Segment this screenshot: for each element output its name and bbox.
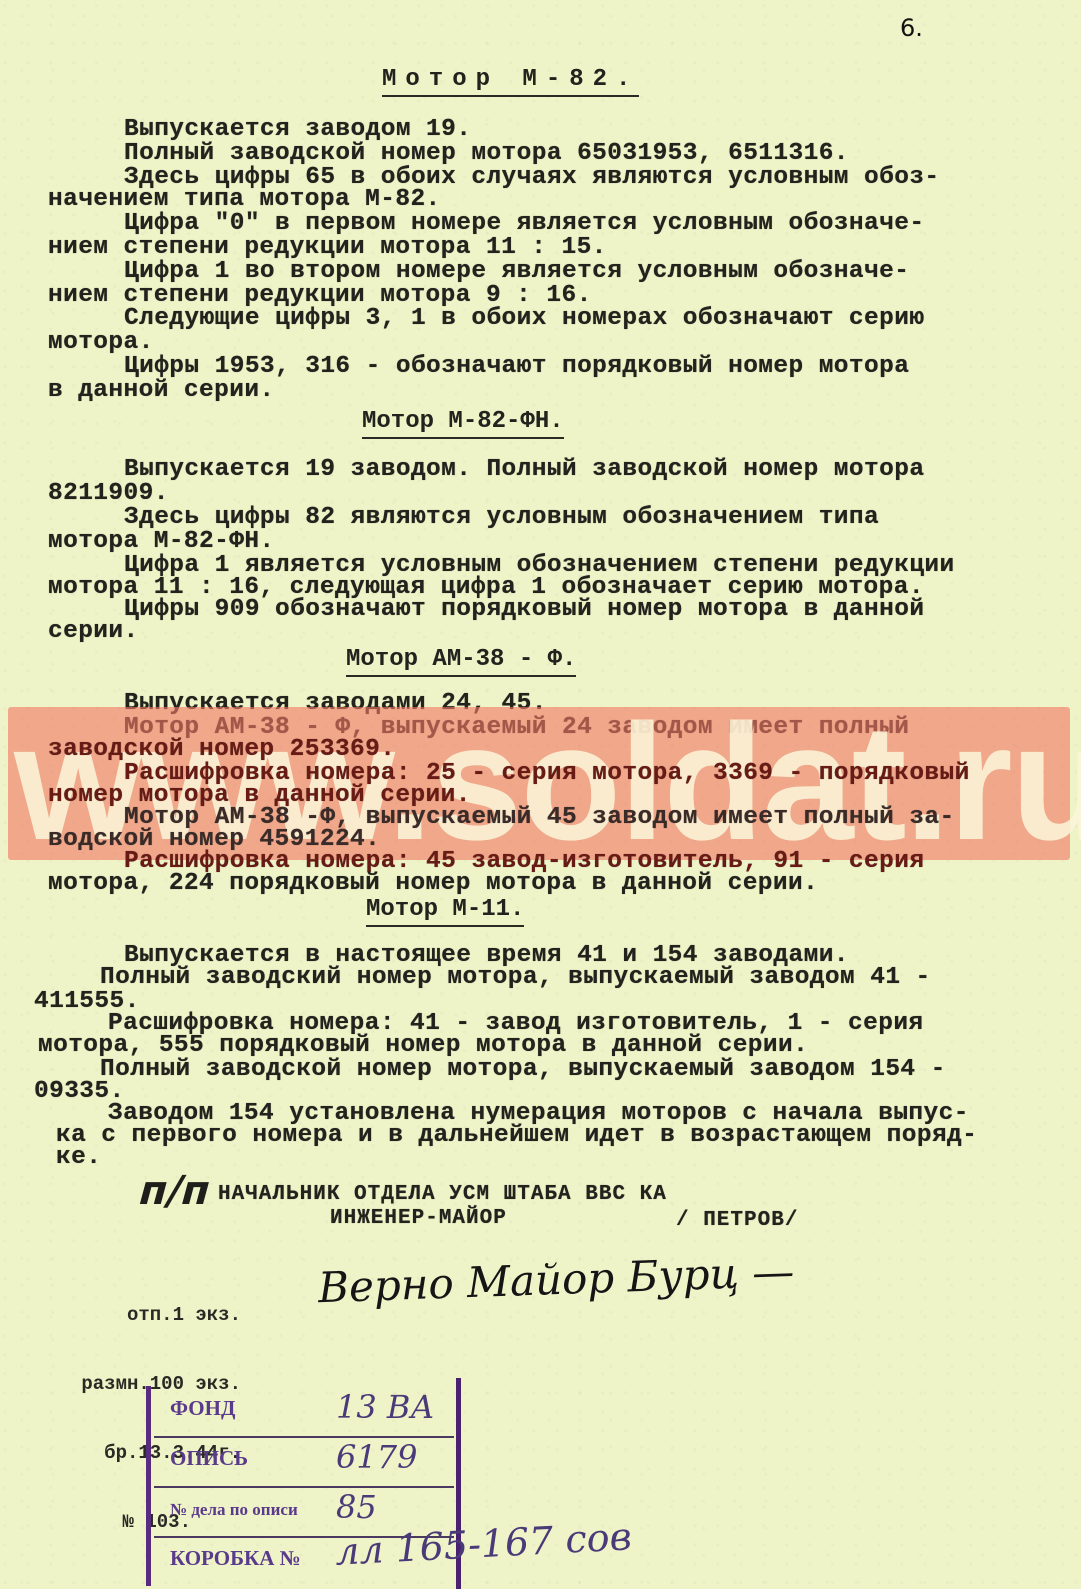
text-line: Цифра "0" в первом номере является услов… [124, 212, 924, 237]
signatory-name: / ПЕТРОВ/ [676, 1210, 798, 1231]
text-line: в данной серии. [48, 379, 275, 404]
text-line: начением типа мотора М-82. [48, 188, 441, 213]
stamp-label: № дела по описи [170, 1500, 298, 1520]
text-line: ке. [56, 1146, 101, 1171]
section-m11-heading: Мотор М-11. [366, 896, 524, 927]
text-line: Полный заводский номер мотора, выпускаем… [100, 966, 931, 991]
stamp-value: 13 ВА [336, 1388, 435, 1426]
stamp-label: ОПИСЬ [170, 1446, 248, 1471]
text-line: мотора. [48, 331, 154, 356]
distribution-line: отп.1 экз. [36, 1304, 241, 1327]
stamp-label: КОРОБКА № [170, 1546, 301, 1571]
text-line: нием степени редукции мотора 11 : 15. [48, 236, 607, 261]
section-m82-heading: Мотор М-82. [382, 66, 639, 97]
text-line: Выпускается 19 заводом. Полный заводской… [124, 458, 924, 483]
text-line: Полный заводской номер мотора 65031953, … [124, 142, 849, 167]
text-line: серии. [48, 620, 139, 645]
section-m82fn-heading: Мотор М-82-ФН. [362, 408, 564, 439]
text-line: мотора, 224 порядковый номер мотора в да… [48, 872, 818, 897]
text-line: Следующие цифры 3, 1 в обоих номерах обо… [124, 307, 924, 332]
text-line: Цифры 1953, 316 - обозначают порядковый … [124, 355, 909, 380]
text-line: 8211909. [48, 482, 169, 507]
stamp-row-fond: ФОНД 13 ВА [154, 1388, 454, 1438]
text-line: мотора, 555 порядковый номер мотора в да… [38, 1034, 808, 1059]
text-line: Выпускается заводами 24, 45. [124, 692, 547, 717]
stamp-border-left [146, 1386, 151, 1586]
stamp-label: ФОНД [170, 1396, 235, 1421]
text-line: ка с первого номера и в дальнейшем идет … [56, 1124, 977, 1149]
text-line: Здесь цифры 82 являются условным обознач… [124, 506, 879, 531]
certification-handwriting: Верно Майор Бурц — [317, 1247, 795, 1313]
stamp-value: 85 [336, 1488, 377, 1526]
stamp-row-opis: ОПИСЬ 6179 [154, 1438, 454, 1488]
signatory-rank: ИНЖЕНЕР-МАЙОР [330, 1208, 507, 1229]
text-line: Выпускается заводом 19. [124, 118, 471, 143]
text-line: Цифра 1 во втором номере является условн… [124, 260, 909, 285]
text-line: Цифры 909 обозначают порядковый номер мо… [124, 598, 924, 623]
page-number: 6. [900, 14, 923, 42]
section-am38f-heading: Мотор АМ-38 - Ф. [346, 646, 576, 677]
text-line: Полный заводской номер мотора, выпускаем… [100, 1058, 946, 1083]
text-line: мотора М-82-ФН. [48, 530, 275, 555]
stamp-value: 6179 [336, 1438, 417, 1476]
text-line: заводской номер 253369. [48, 738, 395, 763]
signature-mark: п/п [134, 1168, 216, 1214]
signatory-title: НАЧАЛЬНИК ОТДЕЛА УСМ ШТАБА ВВС КА [218, 1184, 667, 1205]
